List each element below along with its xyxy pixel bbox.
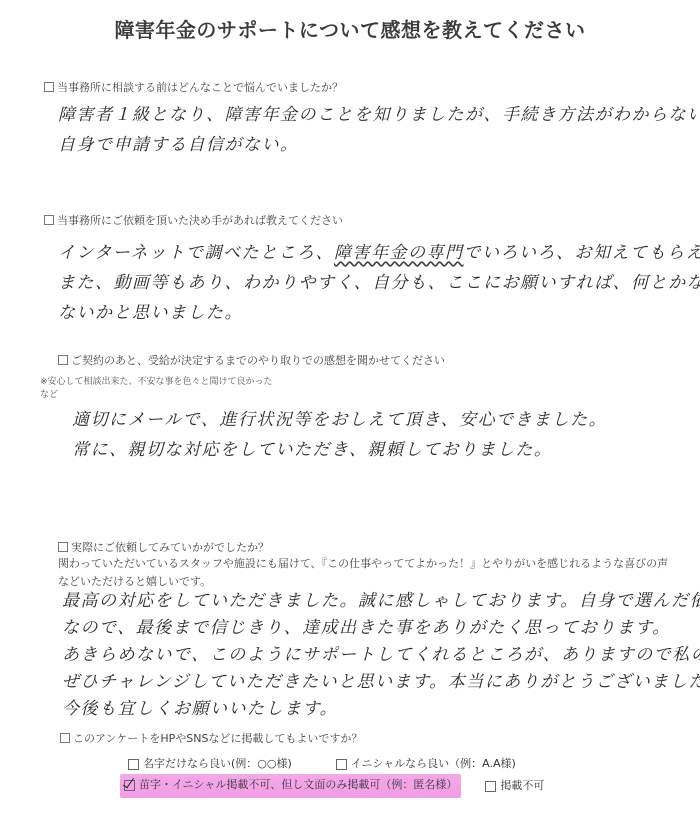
- option-no-publication[interactable]: 掲載不可: [485, 774, 544, 798]
- consent-options-row-2: 苗字・イニシャル掲載不可、但し文面のみ掲載可（例：匿名様） 掲載不可: [128, 774, 544, 798]
- question-3-note: ※安心して相談出来た、不安な事を色々と聞けて良かったなど: [40, 376, 280, 402]
- underlined-phrase: 障害年金の専門: [334, 243, 464, 263]
- answer-line: また、動画等もあり、わかりやすく、自分も、ここにお願いすれば、何とかなるのでは、: [58, 268, 700, 298]
- answer-4: 最高の対応をしていただきました。誠に感しゃしております。自身で選んだ依頼者 なの…: [62, 588, 700, 723]
- answer-line: 適切にメールで、進行状況等をおしえて頂き、安心できました。: [72, 405, 607, 435]
- question-checkbox-icon: [44, 82, 54, 92]
- answer-line: インターネットで調べたところ、障害年金の専門でいろいろ、お知えてもらえましたので…: [58, 238, 700, 268]
- question-checkbox-icon: [44, 215, 54, 225]
- answer-line: 自身で申請する自信がない。: [58, 130, 700, 160]
- answer-1: 障害者１級となり、障害年金のことを知りましたが、手続き方法がわからない。 自身で…: [58, 100, 700, 160]
- option-initials-only[interactable]: イニシャルなら良い（例：A.A様): [336, 754, 516, 774]
- checkbox-unchecked-icon[interactable]: [128, 759, 139, 770]
- question-checkbox-icon: [58, 542, 68, 552]
- question-4: 実際にご依頼してみていかがでしたか？: [58, 539, 269, 555]
- option-anonymous-text-only[interactable]: 苗字・イニシャル掲載不可、但し文面のみ掲載可（例：匿名様）: [120, 774, 461, 798]
- consent-options-row-1: 名字だけなら良い(例：○○様) イニシャルなら良い（例：A.A様): [128, 754, 544, 774]
- answer-3: 適切にメールで、進行状況等をおしえて頂き、安心できました。 常に、親切な対応をし…: [72, 405, 607, 465]
- answer-line: あきらめないで、このようにサポートしてくれるところが、ありますので私のような他の…: [62, 642, 700, 669]
- answer-line: ぜひチャレンジしていただきたいと思います。本当にありがとうございました。: [62, 669, 700, 696]
- answer-line: 最高の対応をしていただきました。誠に感しゃしております。自身で選んだ依頼者: [62, 588, 700, 615]
- answer-line: なので、最後まで信じきり、達成出きた事をありがたく思っております。: [62, 615, 700, 642]
- question-checkbox-icon: [60, 733, 70, 743]
- checkbox-checked-icon[interactable]: [124, 780, 135, 791]
- question-5: このアンケートをHPやSNSなどに掲載してもよいですか？: [60, 730, 362, 746]
- answer-line: ないかと思いました。: [58, 298, 700, 328]
- question-1: 当事務所に相談する前はどんなことで悩んでいましたか？: [44, 79, 343, 95]
- option-surname-only[interactable]: 名字だけなら良い(例：○○様): [128, 754, 292, 774]
- question-checkbox-icon: [58, 355, 68, 365]
- answer-2: インターネットで調べたところ、障害年金の専門でいろいろ、お知えてもらえましたので…: [58, 238, 700, 328]
- checkbox-unchecked-icon[interactable]: [485, 781, 496, 792]
- question-2: 当事務所にご依頼を頂いた決め手があれば教えてください: [44, 212, 343, 228]
- page-title: 障害年金のサポートについて感想を教えてください: [0, 14, 700, 43]
- consent-options: 名字だけなら良い(例：○○様) イニシャルなら良い（例：A.A様) 苗字・イニシ…: [128, 754, 544, 798]
- question-4-description: 関わっていただいているスタッフや施設にも届けて、『この仕事やっててよかった！』と…: [58, 555, 678, 591]
- answer-line: 今後も宜しくお願いいたします。: [62, 696, 700, 723]
- answer-line: 常に、親切な対応をしていただき、親頼しておりました。: [72, 435, 607, 465]
- checkbox-unchecked-icon[interactable]: [336, 759, 347, 770]
- answer-line: 障害者１級となり、障害年金のことを知りましたが、手続き方法がわからない。: [58, 100, 700, 130]
- question-3: ご契約のあと、受給が決定するまでのやり取りでの感想を聞かせてください: [58, 352, 445, 368]
